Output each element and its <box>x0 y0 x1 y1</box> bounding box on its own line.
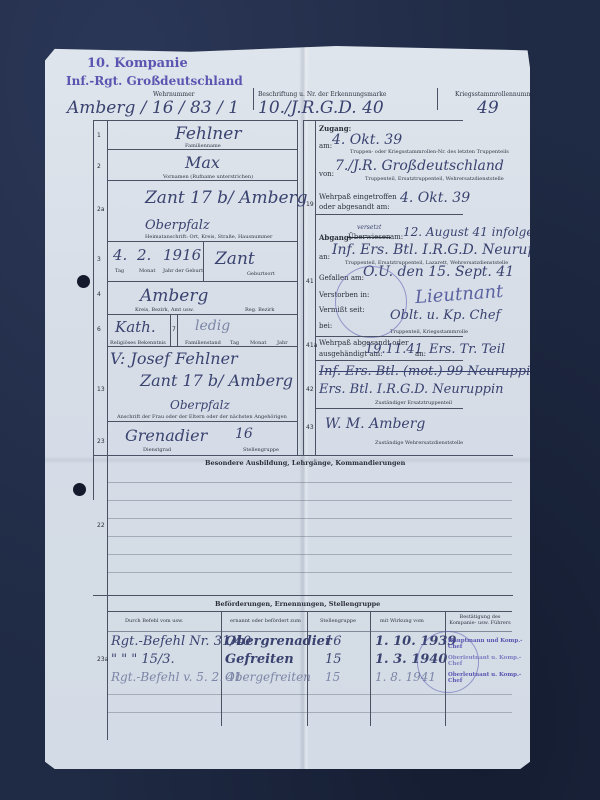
wehrpass-eingetroffen-label1: Wehrpaß eingetroffen <box>319 193 397 201</box>
ausbildung-title: Besondere Ausbildung, Lehrgänge, Kommand… <box>205 459 405 467</box>
promotion-order: " " " 15/3. <box>111 652 175 667</box>
row-divider <box>107 421 297 422</box>
wehrnummer-label: Wehrnummer <box>153 91 195 98</box>
wehrersatzdienststelle-caption: Zuständige Wehrersatzdienststelle <box>375 440 463 446</box>
kriegsstammrolle-label: Kriegsstammrollennummer <box>455 91 538 98</box>
zugang-von-label: von: <box>319 170 334 178</box>
row-num: 23a <box>97 656 108 663</box>
abgang-am-label: am: <box>390 233 403 241</box>
zugang-von-value: 7./J.R. Großdeutschland <box>335 158 504 174</box>
ruled-line <box>107 712 512 713</box>
next-of-kin-region: Oberpfalz <box>170 398 230 412</box>
col-header-group: Stellengruppe <box>320 618 356 624</box>
42-divider <box>315 408 463 409</box>
wehrpass-abgesandt-an-label: an: <box>415 350 426 358</box>
erkennungsmarke-value: 10./J.R.G.D. 40 <box>258 98 384 118</box>
ersatztruppenteil-caption: Zuständiger Ersatztruppenteil <box>375 400 452 406</box>
row-num-7: 7 <box>172 326 176 333</box>
reg-bezirk-caption: Reg. Bezirk <box>245 307 274 313</box>
frame-top-left <box>93 120 297 121</box>
birth-box-divider <box>203 241 204 281</box>
firstname-caption: Vornamen (Rufname unterstrichen) <box>163 174 253 180</box>
religion-divider <box>170 314 171 346</box>
rank-value: Grenadier <box>125 426 207 445</box>
birth-month-label: Monat <box>139 268 155 274</box>
surname-value: Fehlner <box>175 124 241 144</box>
bei-value: Oblt. u. Kp. Chef <box>390 308 500 323</box>
next-of-kin-address: Zant 17 b/ Amberg <box>140 371 293 390</box>
zugang-von-caption: Truppenteil, Ersatztruppenteil, Wehrersa… <box>365 176 504 182</box>
row-num: 23 <box>97 438 105 445</box>
col-header-date: mit Wirkung vom <box>380 618 424 624</box>
row-num: 41a <box>306 342 317 349</box>
next-of-kin-name: V: Josef Fehlner <box>110 349 238 368</box>
zugang-am-label: am: <box>319 142 332 150</box>
frame-left <box>93 120 94 500</box>
punch-hole-bottom <box>73 483 86 496</box>
wehrpass-eingetroffen-label2: oder abgesandt am: <box>319 203 390 211</box>
address-value: Zant 17 b/ Amberg <box>145 188 308 208</box>
ruled-line <box>107 554 512 555</box>
regiment-round-stamp <box>335 266 407 338</box>
row-num: 1 <box>97 132 101 139</box>
wehrpass-eingetroffen-value: 4. Okt. 39 <box>400 190 470 206</box>
bei-caption: Truppenteil, Kriegsstammrolle <box>390 329 468 335</box>
befoerderungen-header-top <box>107 611 512 612</box>
row-divider <box>107 346 297 347</box>
abgang-divider <box>315 336 463 337</box>
abgang-title: Abgang: <box>319 233 351 242</box>
erkennungsmarke-label: Beschriftung u. Nr. der Erkennungsmarke <box>258 91 386 98</box>
ersatztruppenteil-struck: Inf. Ers. Btl. (mot.) 99 Neuruppin <box>319 364 539 379</box>
promotion-rank: Gefreiten <box>225 652 294 667</box>
family-year-caption: Jahr <box>277 340 288 346</box>
zugang-am-caption: Truppen- oder Kriegsstammrollen-Nr. des … <box>350 149 509 155</box>
promotion-group: 15 <box>325 670 340 684</box>
officer-signature: Lieutnant <box>414 281 504 308</box>
family-month-caption: Monat <box>250 340 266 346</box>
row-num: 13 <box>97 386 105 393</box>
abgang-inserted-word: versetzt <box>357 224 381 231</box>
zugang-am-value: 4. Okt. 39 <box>332 132 402 148</box>
group-caption: Stellengruppe <box>243 447 279 453</box>
frame-middle <box>297 120 298 455</box>
col-header-befehl: Durch Befehl vom usw. <box>125 618 183 624</box>
wehrersatzdienststelle-value: W. M. Amberg <box>325 416 425 432</box>
company-stamp-line1: 10. Kompanie <box>87 56 188 71</box>
ausbildung-bottom <box>93 595 513 596</box>
wehrpass-abgesandt-an-value: Ers. Tr. Teil <box>429 342 505 357</box>
ruled-line <box>107 500 512 501</box>
birth-month: 2. <box>137 246 151 264</box>
header-divider-1 <box>253 88 254 110</box>
ruled-line <box>107 572 512 573</box>
promotion-group: 16 <box>325 634 342 649</box>
row-num: 2 <box>97 163 101 170</box>
kriegsstammrolle-value: 49 <box>477 98 499 118</box>
company-round-stamp <box>417 631 479 693</box>
row-num: 2a <box>97 206 105 213</box>
group-value: 16 <box>235 426 253 442</box>
religion-value: Kath. <box>115 318 156 336</box>
befoerderungen-title: Beförderungen, Ernennungen, Stellengrupp… <box>215 600 380 608</box>
punch-hole-top <box>77 275 90 288</box>
promotion-rank: Obergefreiten <box>225 670 311 684</box>
wehrnummer-value: Amberg / 16 / 83 / 1 <box>67 98 239 118</box>
col-header-confirmation: Bestätigung des Kompanie- usw. Führers <box>449 614 511 626</box>
row-divider <box>93 455 513 456</box>
family-status-caption: Familienstand <box>185 340 221 346</box>
promotion-order: Rgt.-Befehl v. 5. 2. 41 <box>111 670 242 684</box>
abgang-an-label: an: <box>319 253 330 261</box>
row-divider <box>107 314 297 315</box>
row-num: 19 <box>306 201 314 208</box>
abgang-an-value: Inf. Ers. Btl. I.R.G.D. Neuruppin <box>332 242 559 258</box>
header-divider-2 <box>437 88 438 110</box>
birth-year: 1916 <box>163 246 201 264</box>
row-divider <box>107 281 297 282</box>
row-num: 43 <box>306 424 314 431</box>
ruled-line <box>107 482 512 483</box>
bei-label: bei: <box>319 322 332 330</box>
row-num: 3 <box>97 256 101 263</box>
ersatztruppenteil-value: Ers. Btl. I.R.G.D. Neuruppin <box>319 382 504 397</box>
row-divider <box>107 241 297 242</box>
frame-right-num-col <box>315 120 316 455</box>
row-divider <box>107 180 297 181</box>
address-caption: Heimatanschrift: Ort, Kreis, Straße, Hau… <box>145 234 272 240</box>
col-divider <box>307 611 308 726</box>
family-divider <box>177 314 178 346</box>
next-of-kin-caption: Anschrift der Frau oder der Eltern oder … <box>117 414 287 420</box>
district-value: Amberg <box>140 286 208 306</box>
frame-left-inner <box>107 120 108 740</box>
promotion-group: 15 <box>325 652 342 667</box>
41a-divider <box>315 360 463 361</box>
zugang-divider <box>315 214 463 215</box>
row-num: 22 <box>97 522 105 529</box>
ruled-line <box>107 536 512 537</box>
col-divider <box>221 611 222 726</box>
col-header-rank: ernannt oder befördert zum <box>230 618 301 624</box>
family-day-caption: Tag <box>230 340 239 346</box>
surname-caption: Familienname <box>185 143 221 149</box>
family-status-value: ledig <box>195 318 230 334</box>
ruled-line <box>107 694 512 695</box>
frame-top-right <box>303 120 463 121</box>
row-num: 42 <box>306 386 314 393</box>
abgang-struck-word: Überwiesen <box>348 233 391 241</box>
promotion-rank: Obergrenadier <box>225 634 332 649</box>
birth-day-label: Tag <box>115 268 124 274</box>
firstname-value: Max <box>185 153 220 172</box>
district-caption: Kreis, Bezirk, Amt usw. <box>135 307 194 313</box>
row-divider <box>107 149 297 150</box>
frame-middle-2 <box>303 120 304 455</box>
birthplace-value: Zant <box>215 249 255 269</box>
birth-day: 4. <box>113 246 127 264</box>
birth-year-label: Jahr der Geburt <box>163 268 203 274</box>
row-num: 6 <box>97 326 101 333</box>
row-num: 41 <box>306 278 314 285</box>
wehrpass-page: 10. Kompanie Inf.-Rgt. Großdeutschland W… <box>45 46 530 769</box>
row-num: 4 <box>97 291 101 298</box>
col-divider <box>370 611 371 726</box>
company-stamp-line2: Inf.-Rgt. Großdeutschland <box>66 74 243 88</box>
rank-caption: Dienstgrad <box>143 447 171 453</box>
birthplace-caption: Geburtsort <box>247 271 275 277</box>
address-region: Oberpfalz <box>145 218 210 233</box>
religion-caption: Religiöses Bekenntnis <box>110 340 166 346</box>
ruled-line <box>107 518 512 519</box>
